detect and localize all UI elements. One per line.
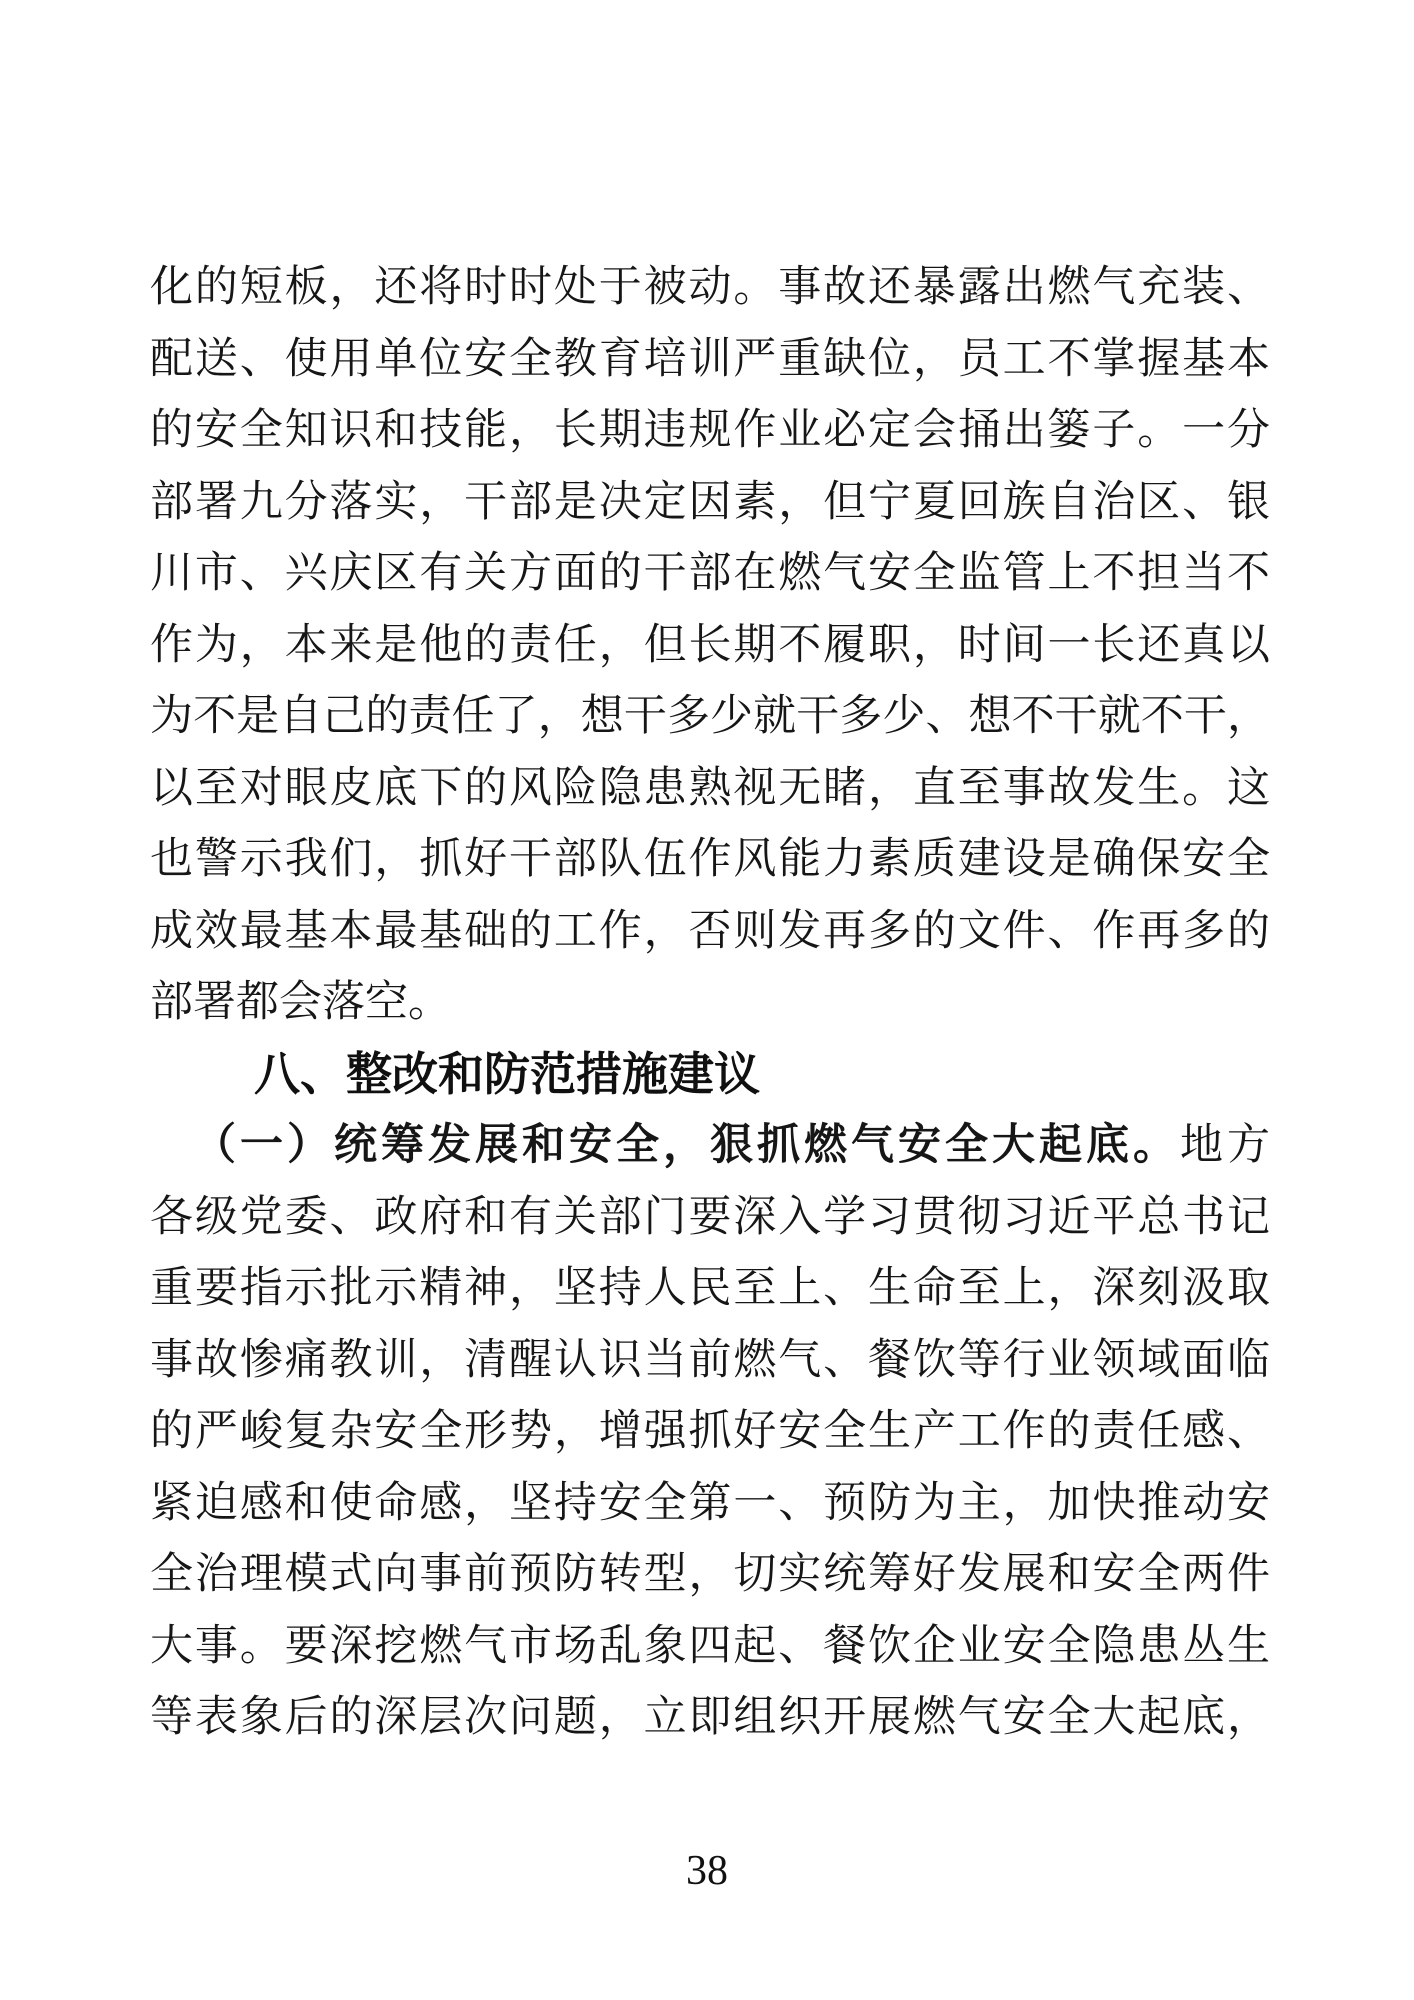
- text-line: 作为，本来是他的责任，但长期不履职，时间一长还真以: [150, 610, 1270, 682]
- text-line: 配送、使用单位安全教育培训严重缺位，员工不掌握基本: [150, 324, 1270, 396]
- text-line: 事故惨痛教训，清醒认识当前燃气、餐饮等行业领域面临: [150, 1325, 1270, 1397]
- text-line: 化的短板，还将时时处于被动。事故还暴露出燃气充装、: [150, 252, 1270, 324]
- document-page: 化的短板，还将时时处于被动。事故还暴露出燃气充装、 配送、使用单位安全教育培训严…: [0, 0, 1414, 2000]
- text-line: 等表象后的深层次问题，立即组织开展燃气安全大起底，: [150, 1682, 1270, 1754]
- text-line: 大事。要深挖燃气市场乱象四起、餐饮企业安全隐患丛生: [150, 1611, 1270, 1683]
- paragraph-lead-rest-text: 地方: [1180, 1122, 1270, 1169]
- page-footer: 38: [0, 1846, 1414, 1896]
- text-line: 川市、兴庆区有关方面的干部在燃气安全监管上不担当不: [150, 538, 1270, 610]
- document-body: 化的短板，还将时时处于被动。事故还暴露出燃气充装、 配送、使用单位安全教育培训严…: [150, 252, 1270, 1754]
- text-line: 以至对眼皮底下的风险隐患熟视无睹，直至事故发生。这: [150, 753, 1270, 825]
- text-line: 部署都会落空。: [150, 967, 1270, 1039]
- text-line: 也警示我们，抓好干部队伍作风能力素质建设是确保安全: [150, 824, 1270, 896]
- paragraph-lead-bold-text: （一）统筹发展和安全，狠抓燃气安全大起底。: [193, 1122, 1180, 1169]
- text-line: 部署九分落实，干部是决定因素，但宁夏回族自治区、银: [150, 467, 1270, 539]
- text-line: 成效最基本最基础的工作，否则发再多的文件、作再多的: [150, 896, 1270, 968]
- page-number: 38: [686, 1848, 728, 1894]
- text-line: 的安全知识和技能，长期违规作业必定会捅出篓子。一分: [150, 395, 1270, 467]
- text-line: 重要指示批示精神，坚持人民至上、生命至上，深刻汲取: [150, 1253, 1270, 1325]
- text-line: 紧迫感和使命感，坚持安全第一、预防为主，加快推动安: [150, 1468, 1270, 1540]
- text-line: 各级党委、政府和有关部门要深入学习贯彻习近平总书记: [150, 1182, 1270, 1254]
- section-heading: 八、整改和防范措施建议: [150, 1039, 1270, 1111]
- text-line: 为不是自己的责任了，想干多少就干多少、想不干就不干，: [150, 681, 1270, 753]
- paragraph-first-line: （一）统筹发展和安全，狠抓燃气安全大起底。地方: [150, 1110, 1270, 1182]
- text-line: 全治理模式向事前预防转型，切实统筹好发展和安全两件: [150, 1539, 1270, 1611]
- text-line: 的严峻复杂安全形势，增强抓好安全生产工作的责任感、: [150, 1396, 1270, 1468]
